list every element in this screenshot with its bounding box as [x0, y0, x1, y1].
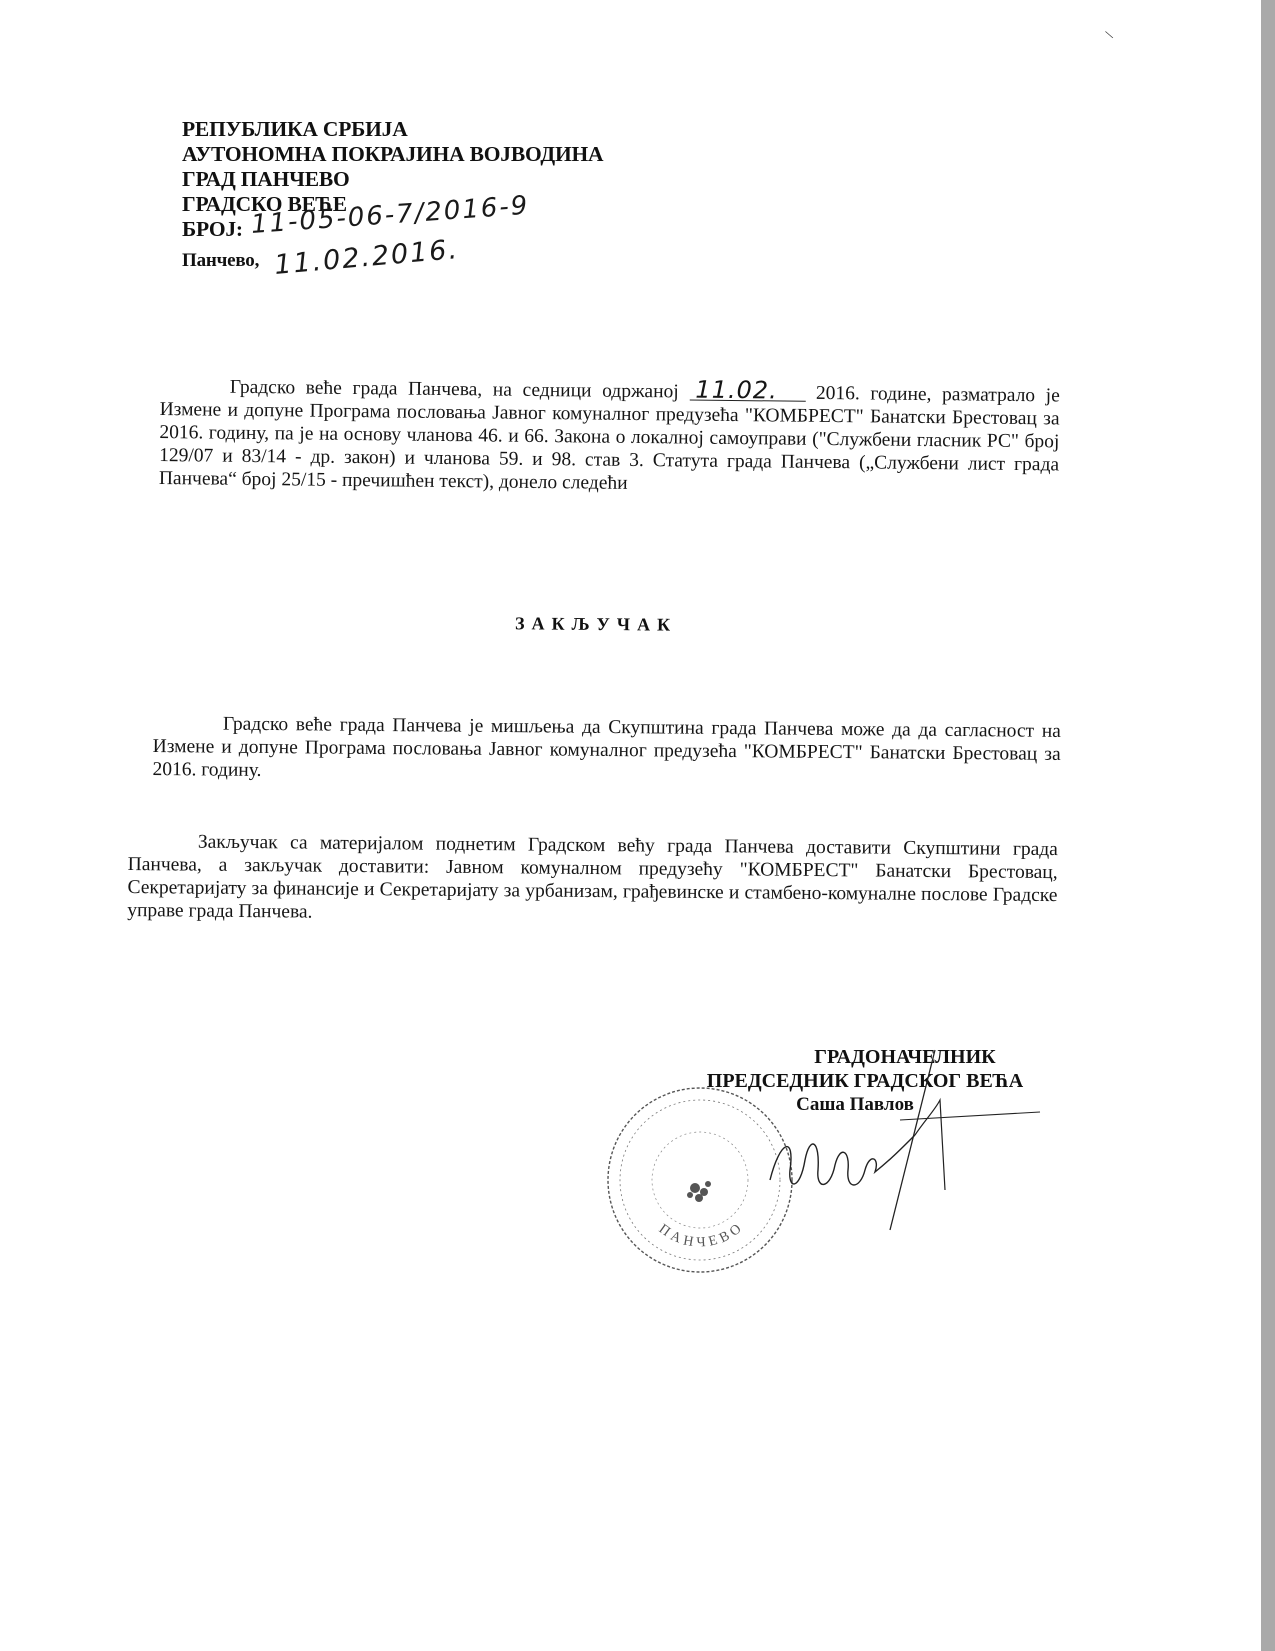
session-date-handwritten: 11.02.	[689, 380, 805, 402]
conclusion-paragraph-2: Закључак са материјалом поднетим Градско…	[127, 830, 1058, 930]
document-header: РЕПУБЛИКА СРБИЈА АУТОНОМНА ПОКРАЈИНА ВОЈ…	[182, 117, 603, 242]
header-line-place-date: Панчево, 11.02.2016.	[182, 245, 460, 273]
header-line-republic: РЕПУБЛИКА СРБИЈА	[182, 117, 603, 142]
conclusion-text-2: Закључак са материјалом поднетим Градско…	[127, 832, 1058, 923]
header-line-province: АУТОНОМНА ПОКРАЈИНА ВОЈВОДИНА	[182, 142, 603, 167]
scan-speck: \	[1104, 28, 1115, 44]
date-handwritten: 11.02.2016.	[274, 237, 461, 278]
conclusion-text-1: Градско веће града Панчева је мишљења да…	[152, 714, 1061, 781]
number-label: БРОЈ:	[182, 217, 243, 241]
intro-text-part1: Градско веће града Панчева, на седници о…	[230, 377, 679, 403]
conclusion-paragraph-1: Градско веће града Панчева је мишљења да…	[152, 712, 1061, 789]
intro-paragraph: Градско веће града Панчева, на седници о…	[159, 374, 1060, 499]
place-label: Панчево,	[182, 250, 259, 271]
scan-edge	[1261, 0, 1275, 1651]
handwritten-signature-icon	[740, 1040, 1070, 1240]
header-line-city: ГРАД ПАНЧЕВО	[182, 167, 603, 192]
svg-text:ПАНЧЕВО: ПАНЧЕВО	[656, 1219, 748, 1250]
scanned-page: \ РЕПУБЛИКА СРБИЈА АУТОНОМНА ПОКРАЈИНА В…	[0, 0, 1261, 1651]
document-title: ЗАКЉУЧАК	[515, 613, 677, 635]
